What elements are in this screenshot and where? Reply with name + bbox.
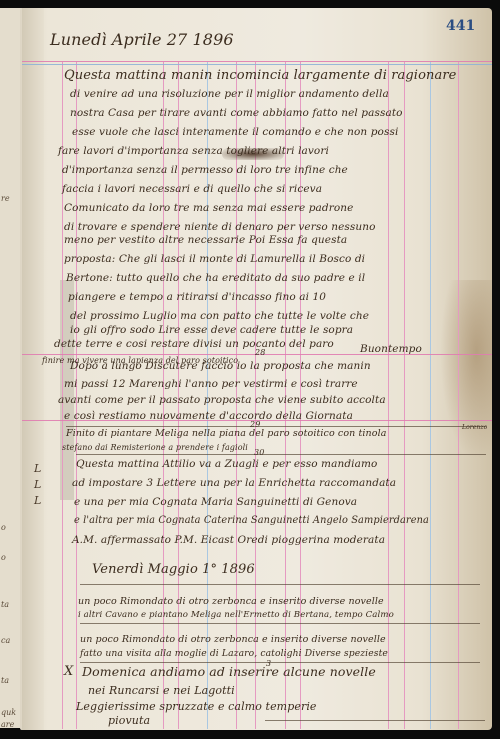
margin-note: Lorenzo (462, 424, 487, 431)
cross-mark: X (64, 664, 73, 679)
entry-line: ad impostare 3 Lettere una per la Enrich… (72, 477, 396, 489)
column-rule (430, 62, 431, 729)
entry-heading: Venerdì Maggio 1° 1896 (92, 562, 255, 577)
entry-divider (76, 454, 486, 455)
entry-line: proposta: Che gli lasci il monte di Lamu… (64, 253, 365, 265)
entry-line: fatto una visita alla moglie di Lazaro, … (80, 648, 388, 659)
column-rule (388, 62, 389, 729)
entry-line: piovuta (108, 714, 150, 727)
entry-line: e una per mia Cognata Maria Sanguinetti … (74, 496, 357, 508)
entry-line: stefano dai Remisterione a prendere i fa… (62, 443, 248, 452)
margin-mark: L (34, 478, 41, 491)
entry-divider (80, 662, 480, 663)
entry-line: Finito di piantare Meliga nella piana de… (66, 428, 386, 439)
entry-line: avanti come per il passato proposta che … (58, 394, 386, 406)
day-number: 28 (255, 348, 265, 357)
entry-line: fare lavori d'importanza senza togliere … (58, 145, 329, 157)
left-page-fragment: ca (1, 636, 10, 645)
entry-divider (80, 584, 480, 585)
entry-line: Questa mattina Attilio va a Zuagli e per… (76, 458, 377, 470)
day-number: 30 (254, 448, 264, 457)
margin-mark: L (34, 462, 41, 475)
entry-line: dette terre e cosi restare divisi un poc… (54, 338, 334, 350)
entry-line: faccia i lavori necessari e di quello ch… (62, 183, 322, 195)
entry-line: meno per vestito altre necessarie Poi Es… (64, 234, 347, 246)
left-page-fragment: o (1, 523, 6, 532)
entry-line: e l'altra per mia Cognata Caterina Sangu… (74, 515, 429, 526)
entry-line: mi passi 12 Marenghi l'anno per vestirmi… (64, 378, 358, 390)
column-rule (458, 62, 459, 729)
age-stain (440, 280, 492, 460)
entry-signature: Buontempo (360, 343, 422, 355)
entry-line: un poco Rimondato di otro zerbonca e ins… (78, 596, 384, 607)
entry-line: di venire ad una risoluzione per il migl… (70, 88, 389, 100)
entry-line: nei Runcarsi e nei Lagotti (88, 684, 235, 697)
left-page-fragment: are (1, 720, 14, 729)
entry-line: nostra Casa per tirare avanti come abbia… (70, 107, 403, 119)
entry-line: e così restiamo nuovamente d'accordo del… (64, 410, 353, 422)
margin-mark: L (34, 494, 41, 507)
left-page-fragment: quk (1, 708, 16, 717)
entry-line: A.M. affermassato P.M. Eicast Oredi piog… (72, 534, 385, 546)
entry-line: Domenica andiamo ad inserire alcune nove… (82, 664, 376, 679)
entry-line: d'importanza senza il permesso di loro t… (62, 164, 348, 176)
entry-divider (265, 720, 485, 721)
entry-line: Dopo a lungo Discutere faccio io la prop… (70, 360, 371, 372)
page-number: 441 (446, 18, 475, 34)
page-gutter (22, 8, 44, 730)
entry-line: io gli offro sodo Lire esse deve cadere … (70, 324, 353, 336)
entry-line: del prossimo Luglio ma con patto che tut… (70, 310, 369, 322)
entry-line: Bertone: tutto quello che ha ereditato d… (66, 272, 365, 284)
entry-line: un poco Rimondato di otro zerbonca e ins… (80, 634, 386, 645)
left-page-fragment: ta (1, 676, 9, 685)
column-rule (404, 62, 405, 729)
entry-line: i altri Cavano e piantano Meliga nell'Er… (78, 610, 394, 620)
entry-line: Leggierissime spruzzate e calmo temperie (76, 700, 317, 713)
entry-divider (80, 623, 480, 624)
entry-line: Questa mattina manin incomincia largamen… (64, 68, 456, 83)
header-rule (22, 61, 492, 62)
left-page-fragment: ta (1, 600, 9, 609)
entry-heading: Lunedì Aprile 27 1896 (50, 30, 234, 49)
entry-line: di trovare e spendere niente di denaro p… (64, 221, 376, 233)
left-page-fragment: re (1, 194, 10, 203)
entry-line: esse vuole che lasci interamente il coma… (72, 126, 398, 138)
header-rule (22, 64, 492, 65)
left-page-fragment: o (1, 553, 6, 562)
entry-line: Comunicato da loro tre ma senza mai esse… (64, 202, 353, 214)
entry-line: piangere e tempo a ritirarsi d'incasso f… (68, 291, 326, 303)
entry-divider (66, 426, 486, 427)
